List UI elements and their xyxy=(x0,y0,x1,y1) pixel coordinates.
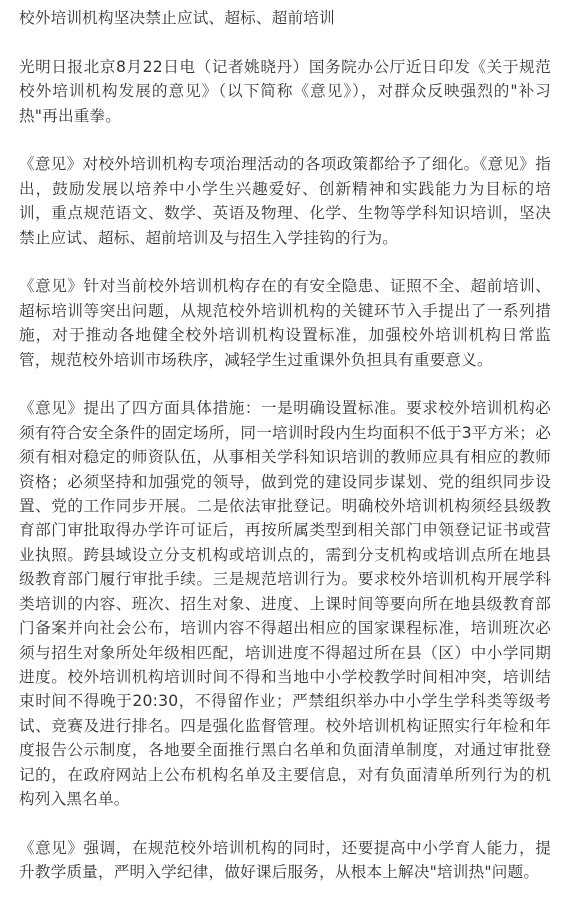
article-paragraph: 《意见》提出了四方面具体措施：一是明确设置标准。要求校外培训机构必须有符合安全条… xyxy=(19,396,551,811)
article-paragraph: 《意见》强调，在规范校外培训机构的同时，还要提高中小学育人能力，提升教学质量，严… xyxy=(19,836,551,871)
article-paragraph-lead: 光明日报北京8月22日电（记者姚晓丹）国务院办公厅近日印发《关于规范校外培训机构… xyxy=(19,55,551,128)
article-body: 校外培训机构坚决禁止应试、超标、超前培训 光明日报北京8月22日电（记者姚晓丹）… xyxy=(19,6,551,871)
article-title: 校外培训机构坚决禁止应试、超标、超前培训 xyxy=(19,6,551,30)
article-paragraph: 《意见》针对当前校外培训机构存在的有安全隐患、证照不全、超前培训、超标培训等突出… xyxy=(19,274,551,372)
article-paragraph: 《意见》对校外培训机构专项治理活动的各项政策都给予了细化。《意见》指出，鼓励发展… xyxy=(19,152,551,250)
